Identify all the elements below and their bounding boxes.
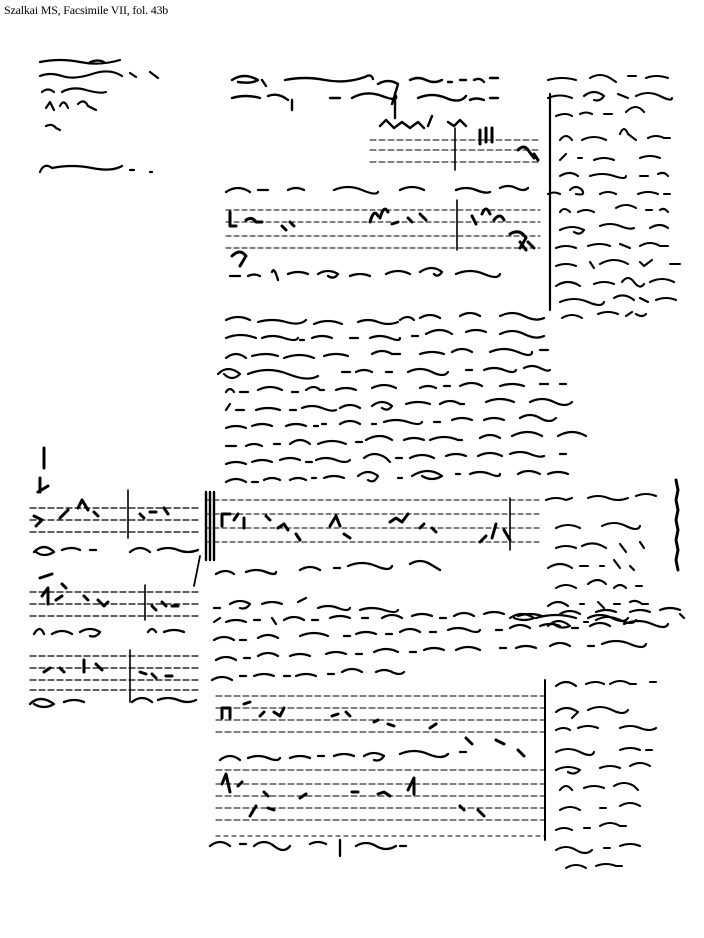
manuscript-page (0, 0, 704, 938)
top-center-text (232, 75, 498, 128)
incipit-line (226, 186, 528, 280)
main-text-block (218, 313, 586, 482)
top-left-marginalia (40, 60, 158, 172)
left-staff-lyrics (30, 547, 198, 707)
manuscript-ink (0, 0, 704, 938)
right-column-upper-text (548, 75, 680, 318)
center-music-staff (194, 492, 540, 586)
lower-text-block (212, 598, 684, 680)
right-column-middle-text (546, 494, 656, 628)
vertical-marginal-note (676, 480, 678, 570)
lower-staff-lyrics (210, 751, 466, 856)
music-staff-upper (226, 128, 540, 266)
right-column-lower-text (556, 681, 656, 868)
left-music-staves (30, 448, 200, 707)
center-staff-lyrics (216, 561, 440, 574)
lower-music-staves (210, 680, 545, 856)
